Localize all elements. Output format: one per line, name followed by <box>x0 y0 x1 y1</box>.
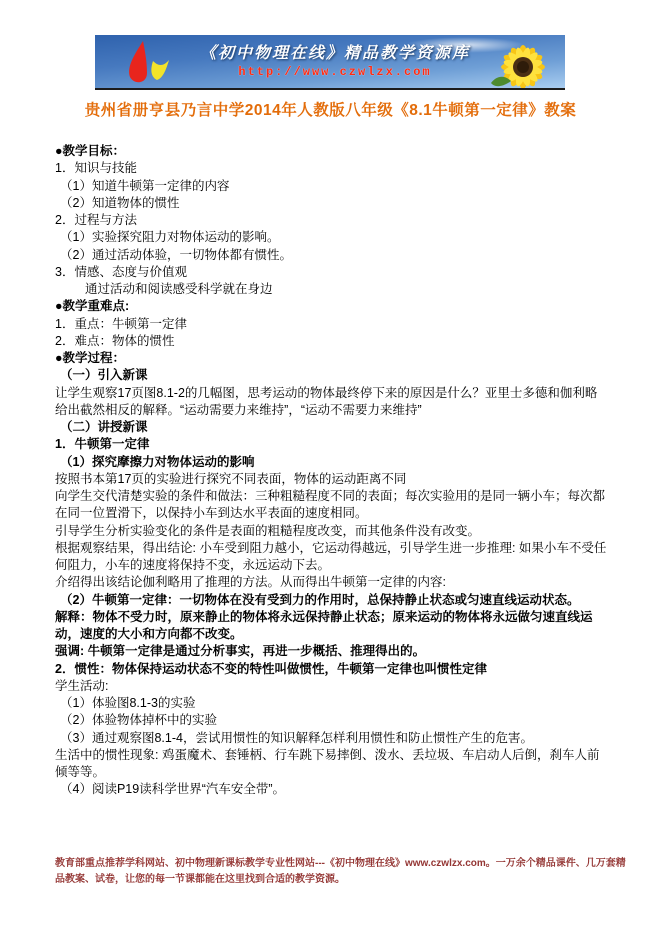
paragraph-line: （3）通过观察图8.1-4，尝试用惯性的知识解释怎样利用惯性和防止惯性产生的危害… <box>55 730 607 747</box>
document-title: 贵州省册亨县乃言中学2014年人教版八年级《8.1牛顿第一定律》教案 <box>0 98 661 120</box>
paragraph-line: （二）讲授新课 <box>55 419 607 436</box>
site-banner: 《初中物理在线》精品教学资源库 http://www.czwlzx.com <box>95 35 565 90</box>
paragraph-line: 1．知识与技能 <box>55 160 607 177</box>
paragraph-line: 向学生交代清楚实验的条件和做法：三种粗糙程度不同的表面；每次实验用的是同一辆小车… <box>55 488 607 523</box>
paragraph-line: 学生活动: <box>55 678 607 695</box>
paragraph-line: 介绍得出该结论伽利略用了推理的方法。从而得出牛顿第一定律的内容: <box>55 574 607 591</box>
footer-note: 教育部重点推荐学科网站、初中物理新课标教学专业性网站---《初中物理在线》www… <box>55 856 633 888</box>
paragraph-line: （一）引入新课 <box>55 367 607 384</box>
paragraph-line: ●教学重难点: <box>55 298 607 315</box>
paragraph-line: 通过活动和阅读感受科学就在身边 <box>55 281 607 298</box>
paragraph-line: 解释：物体不受力时，原来静止的物体将永远保持静止状态；原来运动的物体将永远做匀速… <box>55 609 607 644</box>
site-logo-icon <box>113 39 175 90</box>
paragraph-line: 让学生观察17页图8.1-2的几幅图，思考运动的物体最终停下来的原因是什么？亚里… <box>55 385 607 420</box>
paragraph-line: 生活中的惯性现象: 鸡蛋魔术、套锤柄、行车跳下易摔倒、泼水、丢垃圾、车启动人后倒… <box>55 747 607 782</box>
paragraph-line: 引导学生分析实验变化的条件是表面的粗糙程度改变，而其他条件没有改变。 <box>55 523 607 540</box>
paragraph-line: （1）知道牛顿第一定律的内容 <box>55 178 607 195</box>
paragraph-line: （2）体验物体掉杯中的实验 <box>55 712 607 729</box>
banner-text-block: 《初中物理在线》精品教学资源库 http://www.czwlzx.com <box>190 40 480 79</box>
document-body: ●教学目标：1．知识与技能（1）知道牛顿第一定律的内容（2）知道物体的惯性2．过… <box>55 143 607 799</box>
paragraph-line: 根据观察结果，得出结论: 小车受到阻力越小，它运动得越远，引导学生进一步推理: … <box>55 540 607 575</box>
paragraph-line: （1）实验探究阻力对物体运动的影响。 <box>55 229 607 246</box>
paragraph-line: （2）牛顿第一定律：一切物体在没有受到力的作用时，总保持静止状态或匀速直线运动状… <box>55 592 607 609</box>
paragraph-line: （1）体验图8.1-3的实验 <box>55 695 607 712</box>
paragraph-line: 1．重点：牛顿第一定律 <box>55 316 607 333</box>
paragraph-line: 2．过程与方法 <box>55 212 607 229</box>
document-page: 《初中物理在线》精品教学资源库 http://www.czwlzx.com <box>0 0 661 936</box>
paragraph-line: （4）阅读P19读科学世界“汽车安全带”。 <box>55 781 607 798</box>
paragraph-line: 强调: 牛顿第一定律是通过分析事实，再进一步概括、推理得出的。 <box>55 643 607 660</box>
paragraph-line: （2）知道物体的惯性 <box>55 195 607 212</box>
paragraph-line: 按照书本第17页的实验进行探究不同表面，物体的运动距离不同 <box>55 471 607 488</box>
banner-site-url: http://www.czwlzx.com <box>190 65 480 79</box>
paragraph-line: 2．惯性：物体保持运动状态不变的特性叫做惯性，牛顿第一定律也叫惯性定律 <box>55 661 607 678</box>
paragraph-line: （2）通过活动体验，一切物体都有惯性。 <box>55 247 607 264</box>
banner-site-title: 《初中物理在线》精品教学资源库 <box>190 40 480 63</box>
paragraph-line: ●教学过程： <box>55 350 607 367</box>
paragraph-line: （1）探究摩擦力对物体运动的影响 <box>55 454 607 471</box>
sunflower-icon <box>477 35 563 90</box>
paragraph-line: 3．情感、态度与价值观 <box>55 264 607 281</box>
paragraph-line: 1．牛顿第一定律 <box>55 436 607 453</box>
paragraph-line: 2．难点：物体的惯性 <box>55 333 607 350</box>
paragraph-line: ●教学目标： <box>55 143 607 160</box>
